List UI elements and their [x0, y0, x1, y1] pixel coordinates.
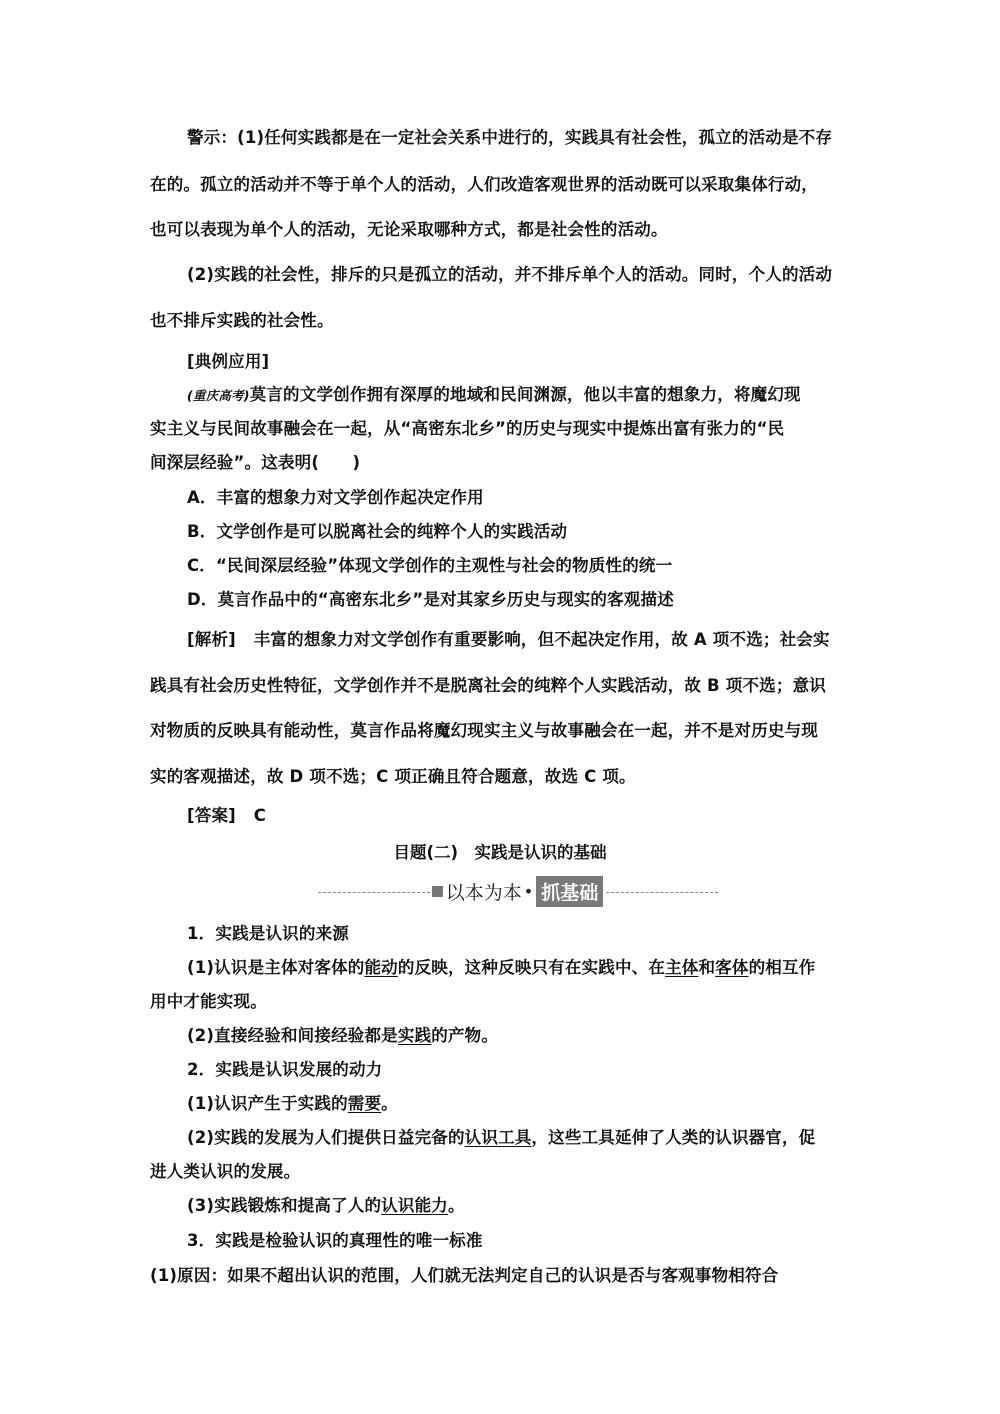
option-b: B．文学创作是可以脱离社会的纯粹个人的实践活动	[187, 522, 567, 542]
warning-line-3: 也可以表现为单个人的活动，无论采取哪种方式，都是社会性的活动。	[150, 220, 668, 240]
blank-answer: 实践	[398, 1026, 431, 1045]
option-a: A．丰富的想象力对文学创作起决定作用	[187, 488, 484, 508]
section-2-p1: (1)认识产生于实践的需要。	[187, 1094, 398, 1114]
section-3-p1: (1)原因：如果不超出认识的范围，人们就无法判定自己的认识是否与客观事物相符合	[150, 1266, 778, 1286]
banner-highlight: 抓基础	[536, 876, 603, 907]
analysis-line-4: 实的客观描述，故 D 项不选；C 项正确且符合题意，故选 C 项。	[150, 767, 636, 787]
section-1-p2: (2)直接经验和间接经验都是实践的产物。	[187, 1026, 498, 1046]
blank-answer: 能动	[364, 958, 397, 977]
section-2-p3: (3)实践锻炼和提高了人的认识能力。	[187, 1196, 465, 1216]
section-2-title: 2．实践是认识发展的动力	[187, 1060, 382, 1080]
banner-dot: •	[524, 882, 533, 901]
blank-answer: 主体	[665, 958, 698, 977]
divider-left	[318, 892, 430, 893]
divider-right	[606, 892, 718, 893]
warning-p2-line-1: (2)实践的社会性，排斥的只是孤立的活动，并不排斥单个人的活动。同时，个人的活动	[187, 265, 832, 285]
square-bullet-icon	[432, 886, 443, 897]
question-stem-line-2: 实主义与民间故事融会在一起，从“高密东北乡”的历史与现实中提炼出富有张力的“民	[150, 419, 784, 439]
option-c: C．“民间深层经验”体现文学创作的主观性与社会的物质性的统一	[187, 556, 672, 576]
answer-value: C	[254, 806, 266, 825]
analysis-line-2: 践具有社会历史性特征，文学创作并不是脱离社会的纯粹个人实践活动，故 B 项不选；…	[150, 676, 826, 696]
option-d: D．莫言作品中的“高密东北乡”是对其家乡历史与现实的客观描述	[187, 590, 674, 610]
section-2-p2-line-2: 进人类认识的发展。	[150, 1162, 300, 1182]
topic-title: 目题(二) 实践是认识的基础	[0, 843, 1000, 863]
analysis-label: [解析]	[187, 630, 236, 649]
warning-line-2: 在的。孤立的活动并不等于单个人的活动，人们改造客观世界的活动既可以采取集体行动，	[150, 175, 818, 195]
blank-answer: 认识能力	[381, 1196, 448, 1215]
question-stem-line-3: 间深层经验”。这表明( )	[150, 453, 360, 473]
warning-line-1: 警示：(1)任何实践都是在一定社会关系中进行的，实践具有社会性，孤立的活动是不存	[187, 128, 832, 148]
banner-text: 以本为本	[446, 878, 522, 905]
blank-answer: 客体	[715, 958, 748, 977]
answer-line: [答案] C	[187, 806, 266, 826]
section-1-p1-line-2: 用中才能实现。	[150, 992, 267, 1012]
question-source: (重庆高考)	[187, 388, 250, 403]
answer-label: [答案]	[187, 806, 236, 825]
question-stem-line-1: (重庆高考)莫言的文学创作拥有深厚的地域和民间渊源，他以丰富的想象力，将魔幻现	[187, 385, 801, 406]
warning-p2-line-2: 也不排斥实践的社会性。	[150, 311, 334, 331]
example-heading: [典例应用]	[187, 352, 269, 372]
warning-label: 警示：	[187, 128, 237, 147]
blank-answer: 认识工具	[465, 1128, 532, 1147]
section-3-title: 3．实践是检验认识的真理性的唯一标准	[187, 1231, 483, 1251]
section-1-title: 1．实践是认识的来源	[187, 924, 349, 944]
analysis-line-1: [解析] 丰富的想象力对文学创作有重要影响，但不起决定作用，故 A 项不选；社会…	[187, 630, 830, 650]
section-1-p1-line-1: (1)认识是主体对客体的能动的反映，这种反映只有在实践中、在主体和客体的相互作	[187, 958, 815, 978]
analysis-line-3: 对物质的反映具有能动性，莫言作品将魔幻现实主义与故事融会在一起，并不是对历史与现	[150, 721, 818, 741]
section-banner: 以本为本 • 抓基础	[318, 876, 718, 906]
section-2-p2-line-1: (2)实践的发展为人们提供日益完备的认识工具，这些工具延伸了人类的认识器官，促	[187, 1128, 815, 1148]
blank-answer: 需要	[348, 1094, 381, 1113]
